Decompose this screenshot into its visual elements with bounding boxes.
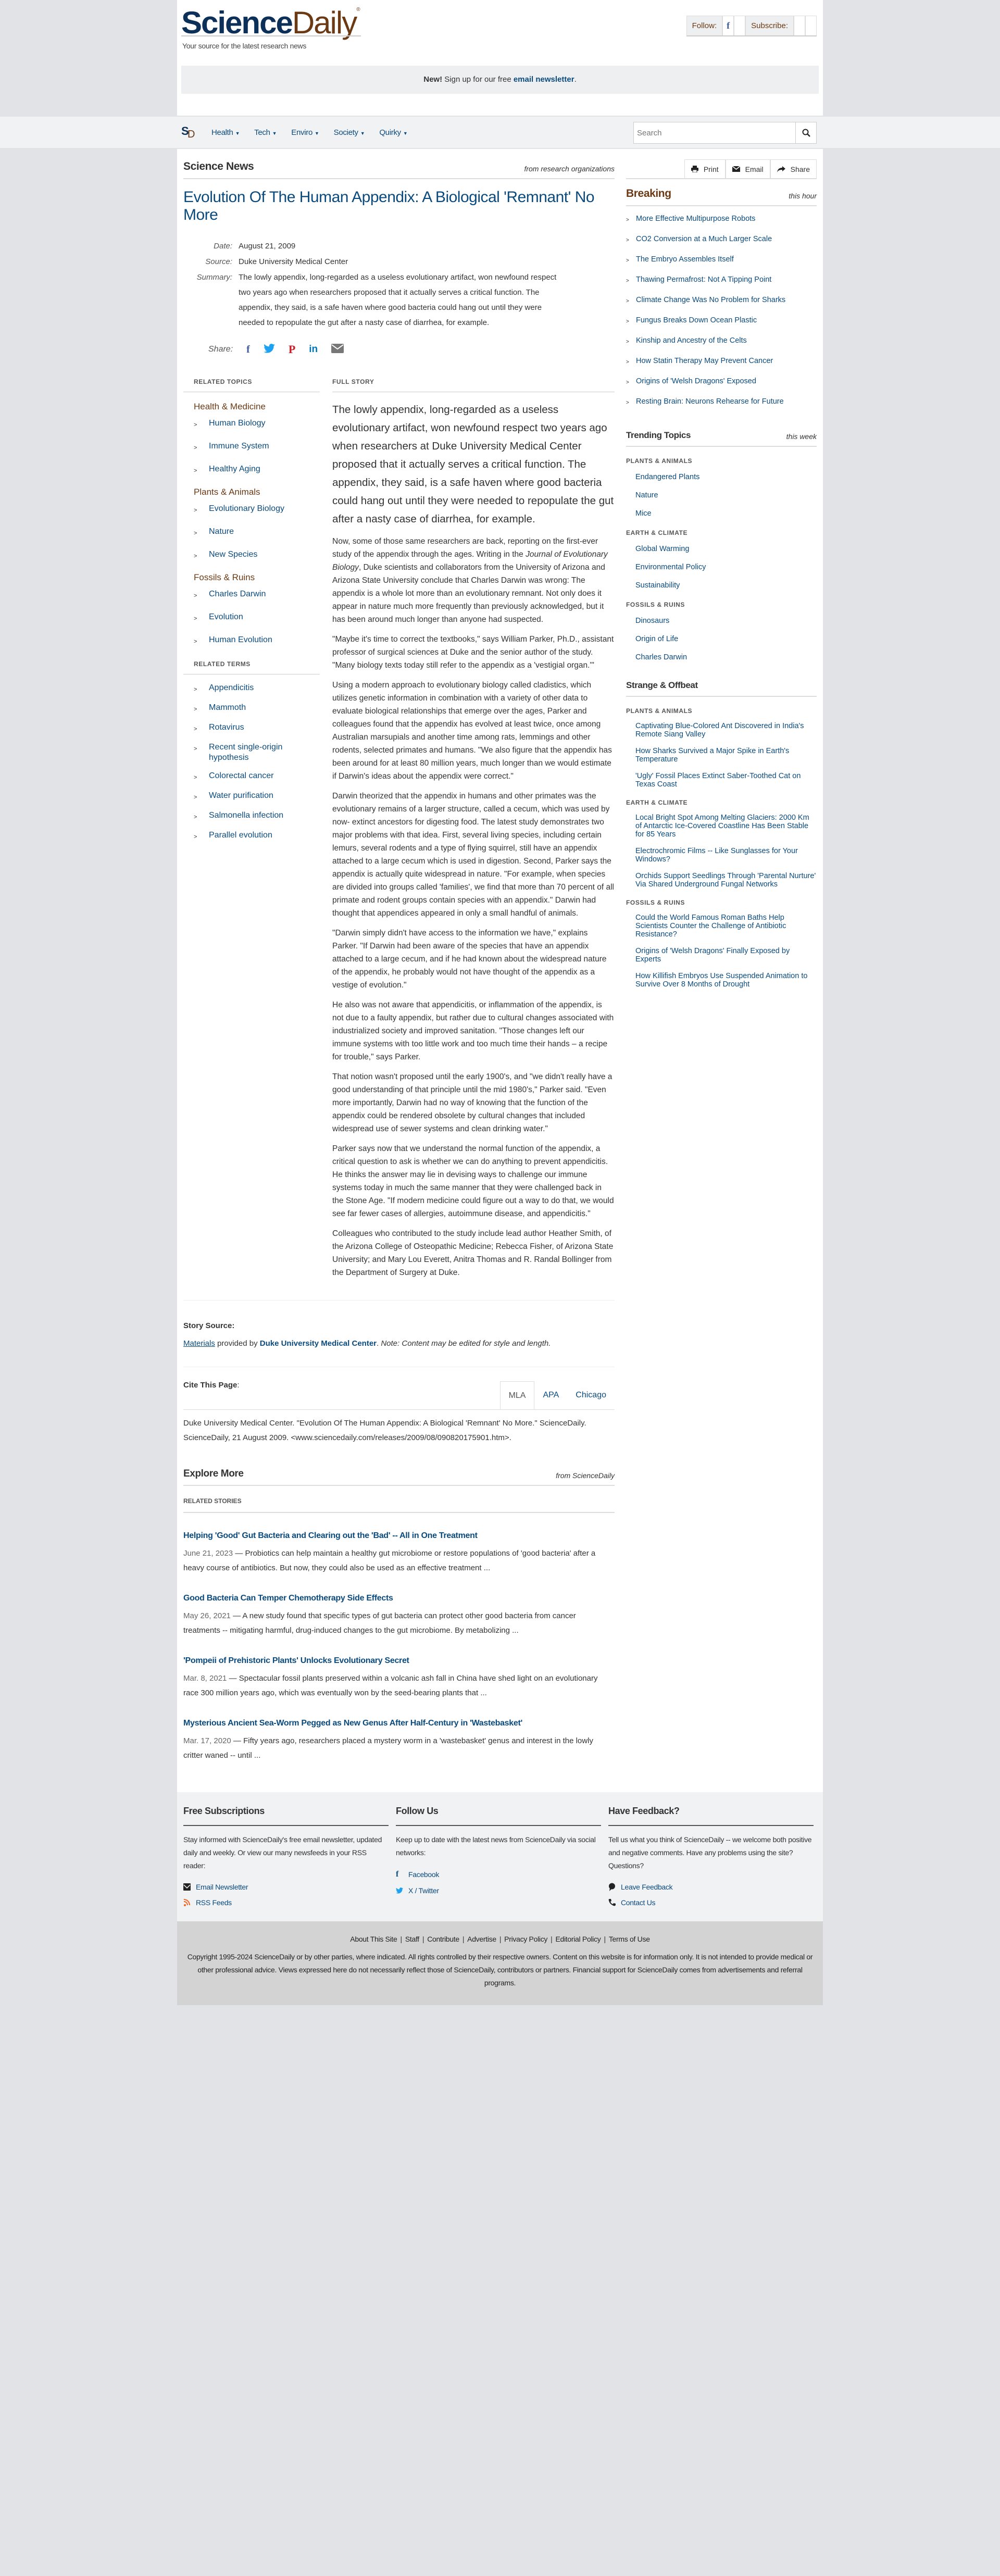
- topic-link-label: Nature: [209, 527, 234, 539]
- source-org-label: Duke University Medical Center: [260, 1339, 377, 1348]
- breaking-item-label: Climate Change Was No Problem for Sharks: [636, 295, 785, 307]
- breaking-list: >More Effective Multipurpose Robots >CO2…: [626, 214, 817, 408]
- breaking-item[interactable]: >Fungus Breaks Down Ocean Plastic: [626, 315, 817, 327]
- caret-down-icon: ▼: [272, 131, 277, 136]
- email-newsletter-link[interactable]: email newsletter: [514, 75, 574, 84]
- breaking-item-label: Thawing Permafrost: Not A Tipping Point: [636, 274, 771, 286]
- twitter-icon: [396, 1887, 403, 1894]
- facebook-footer-link[interactable]: f Facebook: [396, 1870, 601, 1879]
- nav-health-label: Health: [211, 128, 233, 137]
- chevron-right-icon: >: [626, 315, 636, 327]
- story-paragraph: He also was not aware that appendicitis,…: [332, 998, 615, 1064]
- chevron-right-icon: >: [194, 810, 209, 822]
- footer-columns: Free Subscriptions Stay informed with Sc…: [177, 1792, 823, 1921]
- separator: |: [422, 1935, 424, 1943]
- trending-subtitle: this week: [786, 432, 817, 441]
- twitter-label: X / Twitter: [408, 1886, 439, 1895]
- facebook-icon: f: [727, 20, 730, 31]
- term-link-label: Salmonella infection: [209, 810, 283, 822]
- envelope-icon: [732, 166, 740, 172]
- chevron-right-icon: >: [194, 464, 209, 476]
- print-label: Print: [704, 165, 719, 173]
- footer-subscriptions-title: Free Subscriptions: [183, 1806, 389, 1826]
- topic-link[interactable]: >Immune System: [194, 441, 320, 453]
- chevron-right-icon: >: [626, 254, 636, 266]
- article-main: Science News from research organizations…: [183, 149, 615, 1300]
- page-container: ScienceDaily® Your source for the latest…: [177, 0, 823, 2005]
- share-email-button[interactable]: [331, 344, 344, 356]
- topic-category-fossils[interactable]: Fossils & Ruins: [194, 572, 320, 583]
- trending-link[interactable]: Charles Darwin: [635, 652, 817, 662]
- trending-link[interactable]: Environmental Policy: [635, 562, 817, 572]
- share-arrow-icon: [777, 166, 785, 172]
- related-story-title[interactable]: 'Pompeii of Prehistoric Plants' Unlocks …: [183, 1654, 615, 1668]
- footer-link-advertise[interactable]: Advertise: [467, 1935, 496, 1943]
- breaking-item[interactable]: >How Statin Therapy May Prevent Cancer: [626, 356, 817, 368]
- logo-daily: Daily: [292, 5, 356, 40]
- science-news-header: Science News from research organizations: [183, 149, 615, 179]
- related-story-summary: Mar. 17, 2020 — Fifty years ago, researc…: [183, 1734, 615, 1763]
- trending-link[interactable]: Mice: [635, 508, 817, 519]
- edit-note: Note: Content may be edited for style an…: [381, 1339, 551, 1348]
- cite-heading-label: Cite This Page: [183, 1381, 237, 1390]
- article-headline: Evolution Of The Human Appendix: A Biolo…: [183, 189, 615, 224]
- story-text: , Duke scientists and collaborators from…: [332, 563, 605, 624]
- breaking-item[interactable]: >Thawing Permafrost: Not A Tipping Point: [626, 274, 817, 286]
- share-twitter-button[interactable]: [264, 344, 275, 356]
- date-label: Date:: [183, 239, 239, 254]
- contact-us-link[interactable]: Contact Us: [608, 1898, 814, 1907]
- share-pinterest-button[interactable]: P: [289, 343, 295, 356]
- divider: [183, 1367, 615, 1367]
- related-story-text: A new study found that specific types of…: [183, 1611, 576, 1635]
- trending-link[interactable]: Endangered Plants: [635, 472, 817, 482]
- term-link[interactable]: >Water purification: [194, 791, 320, 803]
- logo-science: Science: [181, 5, 292, 40]
- facebook-icon: f: [396, 1870, 403, 1879]
- chevron-right-icon: >: [626, 396, 636, 408]
- breaking-item-label: Resting Brain: Neurons Rehearse for Futu…: [636, 396, 784, 408]
- linkedin-icon: in: [309, 344, 318, 355]
- chevron-right-icon: >: [194, 418, 209, 430]
- nav-tech-label: Tech: [254, 128, 270, 137]
- related-topics-heading: RELATED TOPICS: [183, 378, 320, 392]
- newsletter-text: Sign up for our free: [442, 75, 514, 84]
- topic-link-label: Evolutionary Biology: [209, 504, 284, 516]
- sd-logo-d: D: [187, 129, 195, 141]
- related-story-text: Fifty years ago, researchers placed a my…: [183, 1736, 593, 1760]
- chevron-right-icon: >: [194, 742, 209, 763]
- separator: |: [499, 1935, 501, 1943]
- newsletter-signup-banner: New! Sign up for our free email newslett…: [181, 66, 819, 94]
- topic-link-label: Immune System: [209, 441, 269, 453]
- tab-mla[interactable]: MLA: [500, 1381, 535, 1409]
- breaking-item-label: More Effective Multipurpose Robots: [636, 214, 755, 226]
- footer-feedback-text: Tell us what you think of ScienceDaily -…: [608, 1833, 814, 1872]
- footer-subscriptions: Free Subscriptions Stay informed with Sc…: [183, 1806, 389, 1907]
- offbeat-link[interactable]: Local Bright Spot Among Melting Glaciers…: [635, 814, 817, 839]
- tab-chicago[interactable]: Chicago: [567, 1381, 615, 1409]
- logo-registered: ®: [356, 7, 359, 12]
- speech-bubble-icon: [608, 1883, 616, 1891]
- topic-link[interactable]: >Charles Darwin: [194, 589, 320, 601]
- story-source-text: Materials provided by Duke University Me…: [183, 1336, 615, 1351]
- chevron-right-icon: >: [194, 504, 209, 516]
- offbeat-link[interactable]: Origins of 'Welsh Dragons' Finally Expos…: [635, 947, 817, 964]
- chevron-right-icon: >: [194, 549, 209, 561]
- twitter-icon: [264, 344, 275, 353]
- related-terms: RELATED TERMS >Appendicitis >Mammoth >Ro…: [183, 660, 320, 842]
- breaking-item[interactable]: >CO2 Conversion at a Much Larger Scale: [626, 234, 817, 246]
- explore-more: Explore More from ScienceDaily RELATED S…: [177, 1445, 621, 1763]
- contact-us-label: Contact Us: [621, 1898, 655, 1907]
- tab-apa[interactable]: APA: [534, 1381, 567, 1409]
- right-sidebar: Print Email Share Breaking this hour >Mo…: [626, 149, 817, 1300]
- separator: |: [604, 1935, 605, 1943]
- related-story-text: Probiotics can help maintain a healthy g…: [183, 1549, 595, 1572]
- site-logo[interactable]: ScienceDaily®: [181, 7, 359, 39]
- tagline: Your source for the latest research news: [182, 42, 306, 50]
- article-summary: The lowly appendix, long-regarded as a u…: [239, 270, 561, 330]
- share-linkedin-button[interactable]: in: [309, 344, 318, 355]
- related-story: 'Pompeii of Prehistoric Plants' Unlocks …: [183, 1654, 615, 1700]
- story-paragraph: "Darwin simply didn't have access to the…: [332, 927, 615, 992]
- caret-down-icon: ▼: [235, 131, 240, 136]
- breaking-item[interactable]: >Kinship and Ancestry of the Celts: [626, 335, 817, 347]
- term-link[interactable]: >Recent single-origin hypothesis: [194, 742, 320, 763]
- trending-link[interactable]: Nature: [635, 490, 817, 501]
- share-button[interactable]: Share: [770, 159, 817, 178]
- breaking-item[interactable]: >Climate Change Was No Problem for Shark…: [626, 295, 817, 307]
- offbeat-link[interactable]: Orchids Support Seedlings Through 'Paren…: [635, 872, 817, 889]
- share-bar: Share: f P in: [208, 343, 615, 356]
- strange-offbeat-title: Strange & Offbeat: [626, 680, 698, 691]
- footer-subscriptions-text: Stay informed with ScienceDaily's free e…: [183, 1833, 389, 1872]
- trending-title: Trending Topics: [626, 430, 691, 441]
- related-terms-heading: RELATED TERMS: [183, 660, 320, 674]
- chevron-right-icon: >: [626, 295, 636, 307]
- topic-link[interactable]: >Healthy Aging: [194, 464, 320, 476]
- pinterest-icon: P: [289, 343, 295, 356]
- offbeat-category: FOSSILS & RUINS: [626, 899, 817, 906]
- related-story-summary: June 21, 2023 — Probiotics can help main…: [183, 1546, 615, 1575]
- offbeat-link[interactable]: How Sharks Survived a Major Spike in Ear…: [635, 747, 817, 764]
- story-source: Story Source: Materials provided by Duke…: [177, 1300, 621, 1445]
- search-form: [633, 122, 817, 144]
- footer-link-staff[interactable]: Staff: [405, 1935, 419, 1943]
- nav-enviro[interactable]: Enviro▼: [291, 128, 319, 137]
- term-link-label: Water purification: [209, 791, 273, 803]
- rss-feeds-label: RSS Feeds: [196, 1898, 232, 1907]
- twitter-footer-link[interactable]: X / Twitter: [396, 1886, 601, 1895]
- explore-title: Explore More: [183, 1468, 244, 1480]
- footer-feedback-title: Have Feedback?: [608, 1806, 814, 1826]
- trending-list: PLANTS & ANIMALS Endangered Plants Natur…: [626, 457, 817, 662]
- source-org-link[interactable]: Duke University Medical Center: [260, 1339, 377, 1348]
- term-link[interactable]: >Parallel evolution: [194, 830, 320, 842]
- topic-link-label: Human Biology: [209, 418, 266, 430]
- dash: —: [231, 1736, 243, 1745]
- nav-tech[interactable]: Tech▼: [254, 128, 277, 137]
- trending-category: FOSSILS & RUINS: [626, 601, 817, 608]
- term-link[interactable]: >Colorectal cancer: [194, 771, 320, 783]
- search-icon: [802, 129, 810, 137]
- breaking-item[interactable]: >Resting Brain: Neurons Rehearse for Fut…: [626, 396, 817, 408]
- story-divider: [183, 1300, 615, 1300]
- topic-link[interactable]: >Human Evolution: [194, 635, 320, 647]
- newsletter-suffix: .: [574, 75, 577, 84]
- breaking-item-label: Origins of 'Welsh Dragons' Exposed: [636, 376, 756, 388]
- phone-icon: [608, 1899, 616, 1906]
- share-facebook-button[interactable]: f: [246, 344, 250, 356]
- breaking-item[interactable]: >Origins of 'Welsh Dragons' Exposed: [626, 376, 817, 388]
- footer-link-privacy[interactable]: Privacy Policy: [504, 1935, 547, 1943]
- related-story-title[interactable]: Helping 'Good' Gut Bacteria and Clearing…: [183, 1529, 615, 1543]
- story-paragraph: Using a modern approach to evolutionary …: [332, 679, 615, 783]
- trending-category: PLANTS & ANIMALS: [626, 457, 817, 465]
- follow-label: Follow:: [686, 16, 723, 35]
- chevron-right-icon: >: [194, 830, 209, 842]
- caret-down-icon: ▼: [315, 131, 319, 136]
- breaking-item-label: The Embryo Assembles Itself: [636, 254, 734, 266]
- chevron-right-icon: >: [194, 791, 209, 803]
- nav-enviro-label: Enviro: [291, 128, 312, 137]
- caret-down-icon: ▼: [403, 131, 408, 136]
- rss-subscribe-button[interactable]: [794, 16, 805, 35]
- related-topics-sidebar: RELATED TOPICS Health & Medicine >Human …: [183, 378, 320, 1279]
- topic-link[interactable]: >New Species: [194, 549, 320, 561]
- topic-link[interactable]: >Evolutionary Biology: [194, 504, 320, 516]
- related-story-date: Mar. 8, 2021: [183, 1674, 227, 1683]
- term-link[interactable]: >Rotavirus: [194, 722, 320, 734]
- footer-feedback: Have Feedback? Tell us what you think of…: [608, 1806, 814, 1907]
- nav-society-label: Society: [334, 128, 358, 137]
- chevron-right-icon: >: [194, 527, 209, 539]
- share-label: Share: [791, 165, 810, 173]
- story-source-heading: Story Source:: [183, 1321, 615, 1330]
- search-button[interactable]: [795, 122, 816, 143]
- story-paragraph: Parker says now that we understand the n…: [332, 1142, 615, 1220]
- chevron-right-icon: >: [194, 612, 209, 624]
- breaking-item-label: CO2 Conversion at a Much Larger Scale: [636, 234, 772, 246]
- breaking-item-label: Kinship and Ancestry of the Celts: [636, 335, 747, 347]
- trending-link[interactable]: Sustainability: [635, 580, 817, 591]
- email-subscribe-button[interactable]: [805, 16, 817, 35]
- copyright: Copyright 1995-2024 ScienceDaily or by o…: [183, 1950, 817, 1990]
- related-story-summary: May 26, 2021 — A new study found that sp…: [183, 1609, 615, 1638]
- trending-link[interactable]: Origin of Life: [635, 634, 817, 644]
- citation-text: Duke University Medical Center. "Evoluti…: [183, 1416, 615, 1445]
- chevron-right-icon: >: [626, 376, 636, 388]
- chevron-right-icon: >: [626, 274, 636, 286]
- term-link-label: Parallel evolution: [209, 830, 272, 842]
- strange-offbeat-list: PLANTS & ANIMALS Captivating Blue-Colore…: [626, 707, 817, 989]
- story-paragraph: Darwin theorized that the appendix in hu…: [332, 790, 615, 920]
- footer-follow-title: Follow Us: [396, 1806, 601, 1826]
- footer-follow: Follow Us Keep up to date with the lates…: [396, 1806, 601, 1907]
- source-label: Source:: [183, 254, 239, 270]
- article-source: Duke University Medical Center: [239, 254, 348, 270]
- dash: —: [231, 1611, 243, 1620]
- chevron-right-icon: >: [194, 703, 209, 715]
- term-link-label: Appendicitis: [209, 683, 254, 695]
- explore-header: Explore More from ScienceDaily: [183, 1468, 615, 1486]
- chevron-right-icon: >: [194, 441, 209, 453]
- caret-down-icon: ▼: [360, 131, 365, 136]
- full-story-heading: FULL STORY: [332, 378, 615, 392]
- email-button[interactable]: Email: [726, 159, 770, 178]
- newsletter-new-label: New!: [423, 75, 442, 84]
- offbeat-link[interactable]: 'Ugly' Fossil Places Extinct Saber-Tooth…: [635, 772, 817, 789]
- topic-link[interactable]: >Nature: [194, 527, 320, 539]
- materials-link-label: Materials: [183, 1339, 215, 1348]
- chevron-right-icon: >: [626, 335, 636, 347]
- cite-header: Cite This Page: MLA APA Chicago: [183, 1381, 615, 1410]
- search-input[interactable]: [634, 122, 795, 143]
- print-button[interactable]: Print: [684, 159, 726, 178]
- materials-link[interactable]: Materials: [183, 1339, 215, 1348]
- term-link-label: Recent single-origin hypothesis: [209, 742, 320, 763]
- rss-icon: [183, 1899, 191, 1906]
- breaking-header: Breaking this hour: [626, 179, 817, 206]
- leave-feedback-link[interactable]: Leave Feedback: [608, 1883, 814, 1891]
- footer-link-editorial[interactable]: Editorial Policy: [555, 1935, 601, 1943]
- related-story-summary: Mar. 8, 2021 — Spectacular fossil plants…: [183, 1671, 615, 1700]
- cite-heading: Cite This Page:: [183, 1381, 240, 1409]
- topic-link-label: Evolution: [209, 612, 243, 624]
- related-story-title[interactable]: Good Bacteria Can Temper Chemotherapy Si…: [183, 1591, 615, 1606]
- chevron-right-icon: >: [194, 722, 209, 734]
- story-lede: The lowly appendix, long-regarded as a u…: [332, 401, 615, 528]
- term-link-label: Rotavirus: [209, 722, 244, 734]
- breaking-item-label: How Statin Therapy May Prevent Cancer: [636, 356, 773, 368]
- footer-link-contribute[interactable]: Contribute: [427, 1935, 459, 1943]
- separator: |: [551, 1935, 552, 1943]
- nav-quirky-label: Quirky: [379, 128, 401, 137]
- topic-link[interactable]: >Human Biology: [194, 418, 320, 430]
- topic-link-label: Human Evolution: [209, 635, 272, 647]
- offbeat-category: PLANTS & ANIMALS: [626, 707, 817, 715]
- breaking-title: Breaking: [626, 187, 671, 200]
- topic-link-label: Charles Darwin: [209, 589, 266, 601]
- footer-link-terms[interactable]: Terms of Use: [609, 1935, 650, 1943]
- chevron-right-icon: >: [194, 683, 209, 695]
- related-story-date: May 26, 2021: [183, 1611, 231, 1620]
- chevron-right-icon: >: [194, 635, 209, 647]
- trending-header: Trending Topics this week: [626, 417, 817, 447]
- offbeat-link[interactable]: Electrochromic Films -- Like Sunglasses …: [635, 847, 817, 864]
- breaking-subtitle: this hour: [789, 192, 817, 200]
- term-link[interactable]: >Mammoth: [194, 703, 320, 715]
- email-label: Email: [745, 165, 764, 173]
- term-link-label: Colorectal cancer: [209, 771, 274, 783]
- dash: —: [227, 1674, 239, 1683]
- chevron-right-icon: >: [194, 589, 209, 601]
- chevron-right-icon: >: [626, 234, 636, 246]
- section-subtitle: from research organizations: [524, 165, 615, 173]
- cite-tabs: MLA APA Chicago: [500, 1381, 615, 1409]
- sd-home-logo[interactable]: SD: [181, 124, 197, 140]
- offbeat-link[interactable]: Could the World Famous Roman Baths Help …: [635, 914, 817, 939]
- site-header: ScienceDaily® Your source for the latest…: [177, 0, 823, 116]
- topic-link-label: New Species: [209, 549, 257, 561]
- related-story-title[interactable]: Mysterious Ancient Sea-Worm Pegged as Ne…: [183, 1716, 615, 1731]
- trending-category: EARTH & CLIMATE: [626, 529, 817, 536]
- article-toolbar: Print Email Share: [626, 159, 817, 179]
- footer-links: About This Site|Staff|Contribute|Adverti…: [183, 1935, 817, 1943]
- rss-feeds-footer-link[interactable]: RSS Feeds: [183, 1898, 389, 1907]
- related-story-date: Mar. 17, 2020: [183, 1736, 231, 1745]
- breaking-item[interactable]: >More Effective Multipurpose Robots: [626, 214, 817, 226]
- separator: |: [400, 1935, 402, 1943]
- trending-link[interactable]: Dinosaurs: [635, 616, 817, 626]
- envelope-icon: [183, 1883, 191, 1891]
- share-label: Share:: [208, 345, 233, 354]
- related-story: Helping 'Good' Gut Bacteria and Clearing…: [183, 1529, 615, 1575]
- explore-subtitle: from ScienceDaily: [556, 1471, 615, 1480]
- envelope-icon: [331, 344, 344, 353]
- cite-colon: :: [237, 1381, 239, 1390]
- nav-health[interactable]: Health▼: [211, 128, 240, 137]
- chevron-right-icon: >: [194, 771, 209, 783]
- full-story: FULL STORY The lowly appendix, long-rega…: [332, 378, 615, 1279]
- chevron-right-icon: >: [626, 356, 636, 368]
- email-newsletter-footer-link[interactable]: Email Newsletter: [183, 1883, 389, 1891]
- follow-subscribe-bar: Follow: f Subscribe:: [686, 16, 817, 36]
- topic-category-health[interactable]: Health & Medicine: [194, 402, 320, 412]
- footer-link-about[interactable]: About This Site: [350, 1935, 397, 1943]
- related-story-text: Spectacular fossil plants preserved with…: [183, 1674, 597, 1697]
- breaking-item[interactable]: >The Embryo Assembles Itself: [626, 254, 817, 266]
- footer-follow-text: Keep up to date with the latest news fro…: [396, 1833, 601, 1859]
- article-date: August 21, 2009: [239, 239, 295, 254]
- chevron-right-icon: >: [626, 214, 636, 226]
- term-link[interactable]: >Appendicitis: [194, 683, 320, 695]
- logo-divider: [181, 35, 361, 36]
- related-story-date: June 21, 2023: [183, 1549, 233, 1558]
- leave-feedback-label: Leave Feedback: [621, 1883, 672, 1891]
- email-newsletter-label: Email Newsletter: [196, 1883, 248, 1891]
- related-stories-heading: RELATED STORIES: [183, 1486, 615, 1513]
- site-footer: Free Subscriptions Stay informed with Sc…: [177, 1792, 823, 2005]
- subscribe-label: Subscribe:: [745, 16, 794, 35]
- story-paragraph: Now, some of those same researchers are …: [332, 535, 615, 626]
- story-paragraph: Colleagues who contributed to the study …: [332, 1227, 615, 1279]
- facebook-follow-button[interactable]: f: [722, 16, 734, 35]
- nav-quirky[interactable]: Quirky▼: [379, 128, 407, 137]
- twitter-follow-button[interactable]: [734, 16, 745, 35]
- offbeat-link[interactable]: How Killifish Embryos Use Suspended Anim…: [635, 972, 817, 989]
- strange-offbeat-header: Strange & Offbeat: [626, 676, 817, 697]
- story-paragraph: That notion wasn't proposed until the ea…: [332, 1070, 615, 1135]
- term-link-label: Mammoth: [209, 703, 246, 715]
- term-link[interactable]: >Salmonella infection: [194, 810, 320, 822]
- facebook-label: Facebook: [408, 1870, 439, 1879]
- topic-category-plants[interactable]: Plants & Animals: [194, 487, 320, 497]
- breaking-item-label: Fungus Breaks Down Ocean Plastic: [636, 315, 757, 327]
- related-story: Good Bacteria Can Temper Chemotherapy Si…: [183, 1591, 615, 1638]
- topic-link[interactable]: >Evolution: [194, 612, 320, 624]
- offbeat-link[interactable]: Captivating Blue-Colored Ant Discovered …: [635, 722, 817, 739]
- article-meta: Date:August 21, 2009 Source:Duke Univers…: [183, 239, 615, 330]
- story-paragraph: "Maybe it's time to correct the textbook…: [332, 633, 615, 672]
- dash: —: [233, 1549, 245, 1558]
- facebook-icon: f: [246, 344, 250, 355]
- separator: |: [463, 1935, 464, 1943]
- nav-society[interactable]: Society▼: [334, 128, 365, 137]
- offbeat-category: EARTH & CLIMATE: [626, 799, 817, 806]
- trending-link[interactable]: Global Warming: [635, 544, 817, 554]
